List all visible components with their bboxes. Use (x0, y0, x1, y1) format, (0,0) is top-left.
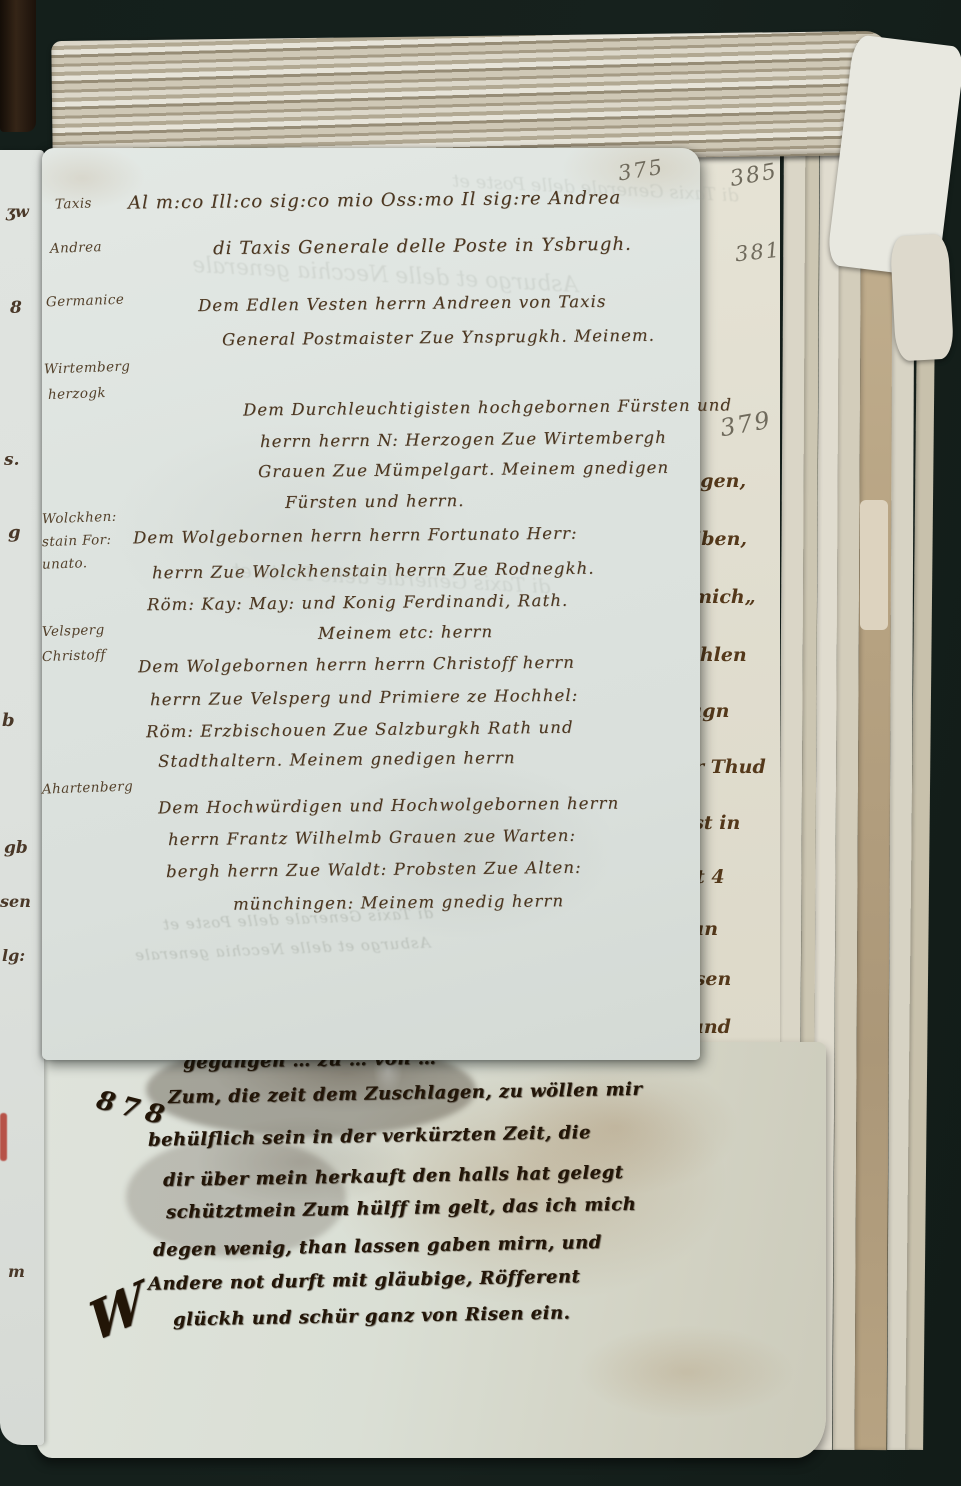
edge-text-fragment: 8 (10, 298, 22, 318)
entry-text-line: Fürsten und herrn. (285, 491, 465, 512)
margin-note: Wirtemberg (44, 358, 131, 377)
edge-text-fragment: mich„ (692, 586, 756, 608)
entry-text-line: Grauen Zue Mümpelgart. Meinem gnedigen (258, 458, 669, 481)
stack-page-number: 381 (734, 238, 782, 267)
margin-note: Andrea (50, 239, 103, 257)
edge-text-fragment: iben, (694, 528, 747, 550)
main-page-folio-375: 375 Taxis Andrea Al m:co Ill:co sig:co m… (42, 148, 700, 1060)
margin-note: Ahartenberg (42, 778, 134, 797)
edge-text-fragment: t 4 (696, 866, 725, 888)
entry-text-line: General Postmaister Zue Ynsprugkh. Meine… (222, 326, 655, 350)
edge-text-fragment: s. (4, 450, 20, 470)
monogram-flourish: W (85, 1270, 150, 1356)
edge-text-fragment: m (8, 1262, 25, 1281)
entry-text-line: Meinem etc: herrn (318, 622, 493, 643)
entry-text-line: di Taxis Generale delle Poste in Ysbrugh… (213, 234, 632, 259)
edge-text-fragment: ʒw (6, 202, 29, 221)
lower-page-line: Andere not durft mit gläubige, Röfferent (148, 1266, 581, 1295)
entry-text-line: Dem Durchleuchtigisten hochgebornen Fürs… (243, 395, 732, 419)
red-ink-mark (0, 1113, 7, 1161)
margin-note: Christoff (42, 647, 106, 665)
folded-sheet-corner (890, 234, 954, 362)
edge-text-fragment: lg: (2, 946, 25, 965)
edge-text-fragment: gb (4, 838, 28, 858)
edge-text-fragment: g (8, 522, 21, 543)
page-edge-patch (860, 500, 888, 630)
entry-text-line: herrn Frantz Wilhelmb Grauen zue Warten: (168, 826, 576, 849)
entry-text-line: Dem Wolgebornen herrn herrn Fortunato He… (133, 524, 578, 548)
margin-note: Taxis (55, 195, 92, 212)
book-spine-edge (0, 0, 36, 132)
entry-text-line: bergh herrn Zue Waldt: Probsten Zue Alte… (166, 858, 582, 881)
manuscript-photo: 385 381 379 agen, iben, mich„ ühlen agn … (0, 0, 961, 1486)
entry-text-line: Stadthaltern. Meinem gnedigen herrn (158, 748, 516, 771)
entry-text-line: Röm: Erzbischouen Zue Salzburgkh Rath un… (146, 718, 574, 741)
entry-text-line: herrn herrn N: Herzogen Zue Wirtembergh (260, 428, 667, 451)
page-stack-top-edges (51, 31, 890, 165)
edge-text-fragment: b (2, 710, 15, 731)
previous-page-edge: ʒw 8 s. g b gb sen lg: m (0, 150, 44, 1445)
lower-page-line: glückh und schür ganz von Risen ein. (173, 1303, 571, 1331)
margin-note: herzogk (48, 385, 107, 403)
entry-text-line: herrn Zue Velsperg und Primiere ze Hochh… (150, 686, 579, 709)
bleed-through-text: Asburgo et delle Necchia generale (192, 253, 579, 298)
margin-note: Wolckhen: (42, 509, 117, 528)
margin-note: unato. (42, 555, 88, 573)
margin-note: stain For: (42, 532, 112, 550)
margin-note: Germanice (46, 292, 125, 311)
margin-note: Velsperg (42, 622, 105, 640)
lower-page: gegangen … zu … von … Zum, die zeit dem … (36, 1042, 826, 1458)
entry-text-line: Dem Wolgebornen herrn herrn Christoff he… (138, 653, 575, 677)
edge-text-fragment: sen (0, 892, 31, 911)
bleed-through-text: Asburgo et delle Necchia generale (134, 934, 431, 965)
entry-text-line: Dem Hochwürdigen und Hochwolgebornen her… (158, 794, 619, 818)
